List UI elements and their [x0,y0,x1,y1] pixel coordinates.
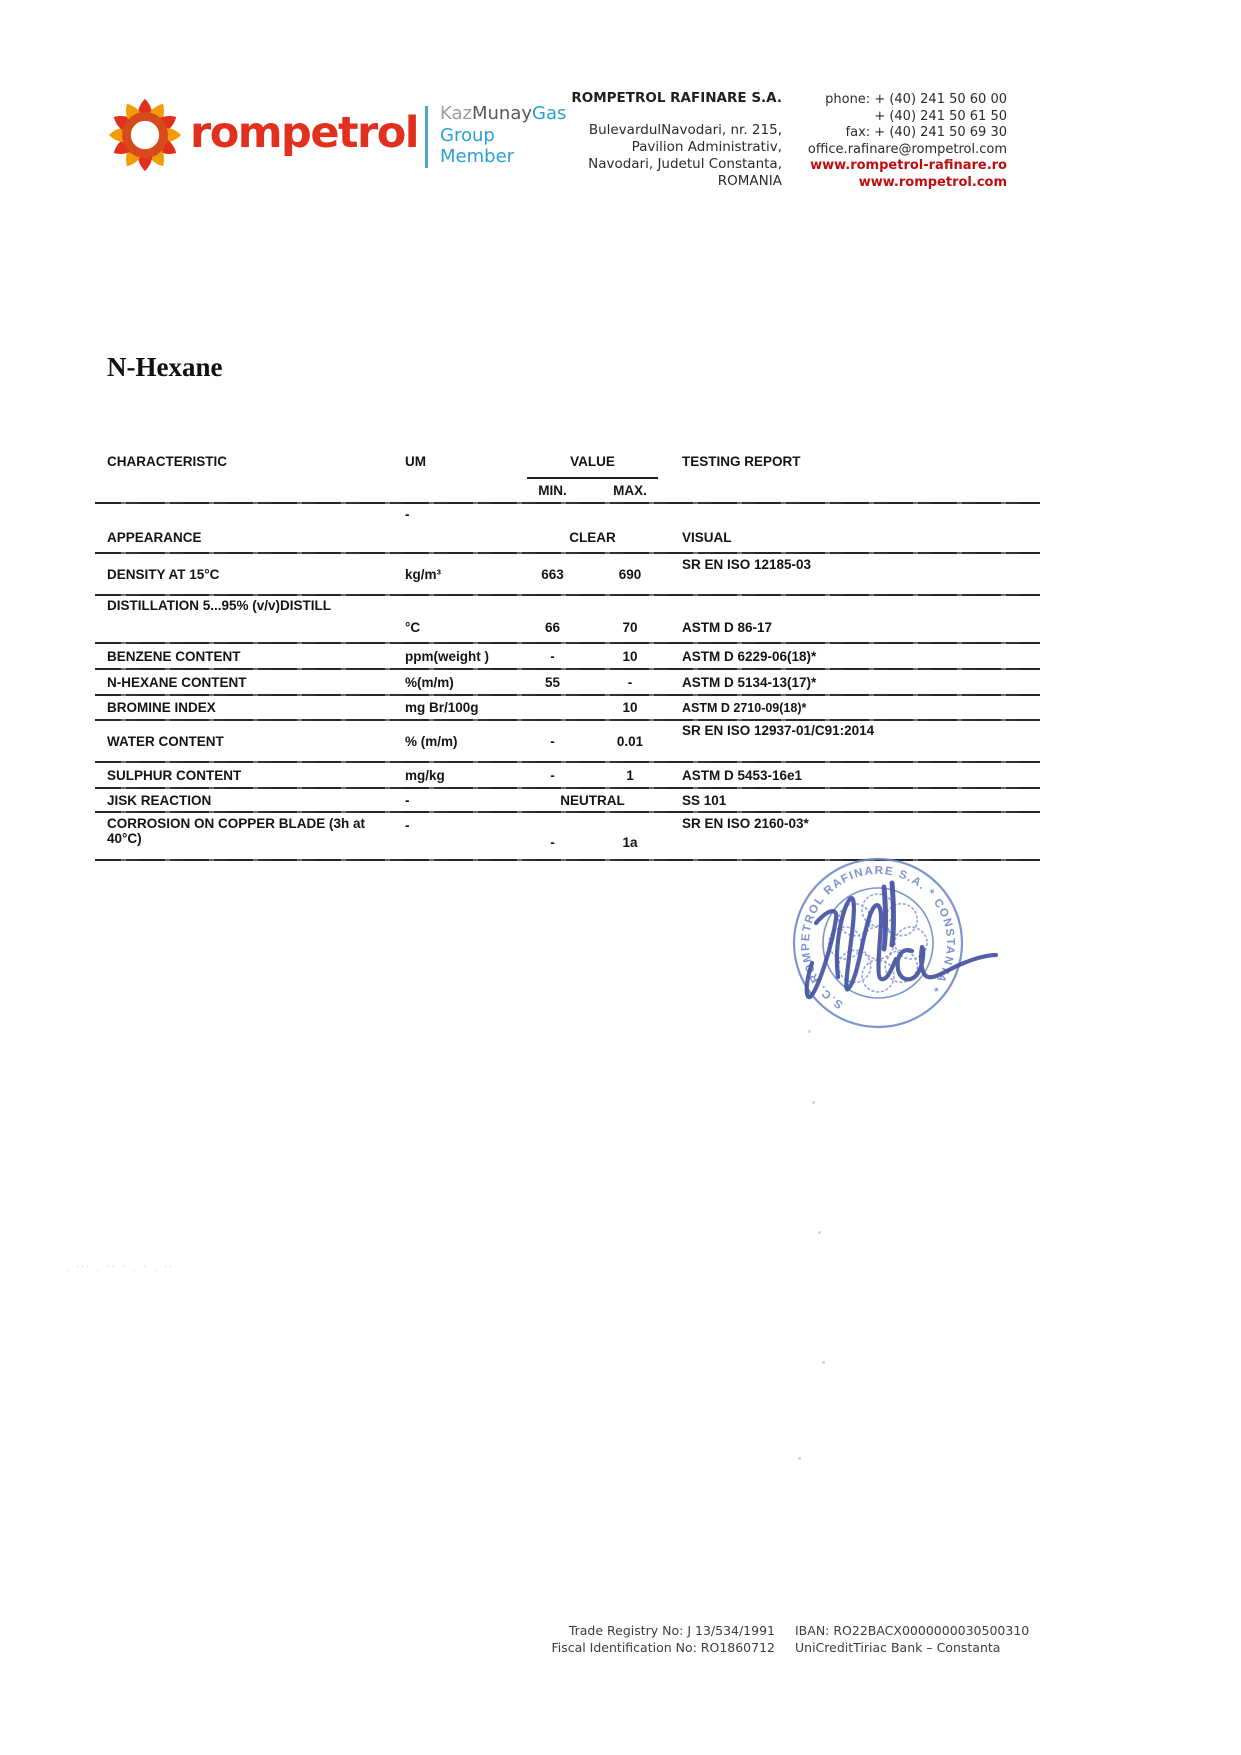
scan-speck [818,1231,821,1234]
column-header-testing-report: TESTING REPORT [670,454,1040,469]
cell-um: ppm(weight ) [395,649,515,664]
scan-speck [808,1030,811,1033]
address-line: Navodari, Judetul Constanta, [520,156,782,173]
cell-characteristic: APPEARANCE [95,530,395,552]
column-header-max: MAX. [590,479,670,503]
cell-testing-report: ASTM D 86-17 [670,620,1040,642]
table-row: DISTILLATION 5...95% (v/v)DISTILL °C 66 … [95,596,1040,642]
company-address-block: ROMPETROL RAFINARE S.A. BulevardulNavoda… [520,90,782,190]
cell-testing-report: ASTM D 5453-16e1 [670,768,1040,783]
footer-registry-block: Trade Registry No: J 13/534/1991 Fiscal … [540,1622,775,1656]
column-header-value: VALUE [527,454,658,479]
trade-registry-number: Trade Registry No: J 13/534/1991 [540,1622,775,1639]
cell-um: % (m/m) [395,734,515,749]
table-row: DENSITY AT 15°C kg/m³ 663 690 SR EN ISO … [95,554,1040,594]
cell-min: 66 [515,620,590,642]
cell-characteristic: CORROSION ON COPPER BLADE (3h at 40°C) [95,813,395,846]
page-title: N-Hexane [107,352,222,383]
scan-speck [822,1361,825,1364]
cell-um: - [395,813,515,833]
cell-testing-report: SR EN ISO 12185-03 [670,554,1040,572]
cell-characteristic: DENSITY AT 15°C [95,567,395,582]
cell-characteristic: N-HEXANE CONTENT [95,675,395,690]
cell-max: 0.01 [590,734,670,749]
rompetrol-flower-logo-icon [106,96,184,174]
email-address: office.rafinare@rompetrol.com [780,142,1007,159]
phone-line-1: phone: + (40) 241 50 60 00 [780,92,1007,109]
cell-characteristic: DISTILLATION 5...95% (v/v)DISTILL [95,596,395,613]
table-header-row: CHARACTERISTIC UM VALUE TESTING REPORT M… [95,452,1040,502]
cell-testing-report: ASTM D 2710-09(18)* [670,701,1040,715]
table-row: SULPHUR CONTENT mg/kg - 1 ASTM D 5453-16… [95,763,1040,787]
cell-characteristic: BENZENE CONTENT [95,649,395,664]
specification-table: CHARACTERISTIC UM VALUE TESTING REPORT M… [95,452,1040,861]
cell-testing-report: ASTM D 5134-13(17)* [670,675,1040,690]
phone-line-2: + (40) 241 50 61 50 [780,109,1007,126]
footer: Trade Registry No: J 13/534/1991 Fiscal … [540,1622,1065,1656]
cell-value: CLEAR [515,530,670,552]
cell-max: 70 [590,620,670,642]
cell-min: - [515,734,590,749]
cell-um: - [395,504,515,522]
address-line: BulevardulNavodari, nr. 215, [520,122,782,139]
logo-divider [425,106,428,168]
cell-max: 690 [590,567,670,582]
cell-max: 1 [590,768,670,783]
cell-characteristic: BROMINE INDEX [95,700,395,715]
table-row: N-HEXANE CONTENT %(m/m) 55 - ASTM D 5134… [95,670,1040,694]
address-line: Pavilion Administrativ, [520,139,782,156]
column-header-um: UM [395,454,515,469]
table-row: BROMINE INDEX mg Br/100g 10 ASTM D 2710-… [95,696,1040,719]
table-row: APPEARANCE - CLEAR VISUAL [95,504,1040,552]
rompetrol-wordmark: rompetrol [190,108,418,158]
cell-um: %(m/m) [395,675,515,690]
company-name: ROMPETROL RAFINARE S.A. [520,90,782,106]
cell-max: 10 [590,700,670,715]
column-header-min: MIN. [515,479,590,503]
cell-value: NEUTRAL [515,793,670,808]
fax-line: fax: + (40) 241 50 69 30 [780,125,1007,142]
company-round-stamp: S.C. ROMPETROL RAFINARE S.A. * CONSTANTA… [768,848,1018,1048]
scan-speck [812,1101,815,1104]
cell-characteristic: WATER CONTENT [95,734,395,749]
address-line: ROMANIA [520,173,782,190]
cell-testing-report: ASTM D 6229-06(18)* [670,649,1040,664]
cell-min: 663 [515,567,590,582]
iban-number: IBAN: RO22BACX0000000030500310 [795,1622,1065,1639]
scanned-document-page: rompetrol KazMunayGas Group Member ROMPE… [0,0,1241,1755]
cell-max: 1a [590,835,670,859]
cell-characteristic: SULPHUR CONTENT [95,768,395,783]
cell-max: - [590,675,670,690]
footer-bank-block: IBAN: RO22BACX0000000030500310 UniCredit… [795,1622,1065,1656]
scan-speck [798,1457,801,1460]
contact-block: phone: + (40) 241 50 60 00 + (40) 241 50… [780,92,1007,191]
company-address: BulevardulNavodari, nr. 215, Pavilion Ad… [520,122,782,190]
table-row: BENZENE CONTENT ppm(weight ) - 10 ASTM D… [95,644,1040,668]
table-row: JISK REACTION - NEUTRAL SS 101 [95,789,1040,811]
faint-scan-marks: . ''' . '' ' . ' . '' [66,1264,266,1274]
column-header-characteristic: CHARACTERISTIC [95,454,395,469]
fiscal-identification-number: Fiscal Identification No: RO1860712 [540,1639,775,1656]
cell-um: kg/m³ [395,567,515,582]
bank-name: UniCreditTiriac Bank – Constanta [795,1639,1065,1656]
cell-testing-report: SR EN ISO 2160-03* [670,813,1040,831]
cell-min: - [515,835,590,859]
cell-um: mg Br/100g [395,700,515,715]
cell-min: 55 [515,675,590,690]
cell-um: °C [395,620,515,642]
cell-um: - [395,793,515,808]
website-link-rompetrol: www.rompetrol.com [780,175,1007,192]
table-row: WATER CONTENT % (m/m) - 0.01 SR EN ISO 1… [95,721,1040,761]
handwritten-signature [807,883,996,997]
cell-testing-report: SS 101 [670,793,1040,808]
cell-max: 10 [590,649,670,664]
cell-testing-report: VISUAL [670,530,1040,552]
cell-characteristic: JISK REACTION [95,793,395,808]
website-link-rafinare: www.rompetrol-rafinare.ro [780,158,1007,175]
cell-testing-report: SR EN ISO 12937-01/C91:2014 [670,721,1040,738]
cell-min: - [515,649,590,664]
cell-um: mg/kg [395,768,515,783]
cell-min: - [515,768,590,783]
